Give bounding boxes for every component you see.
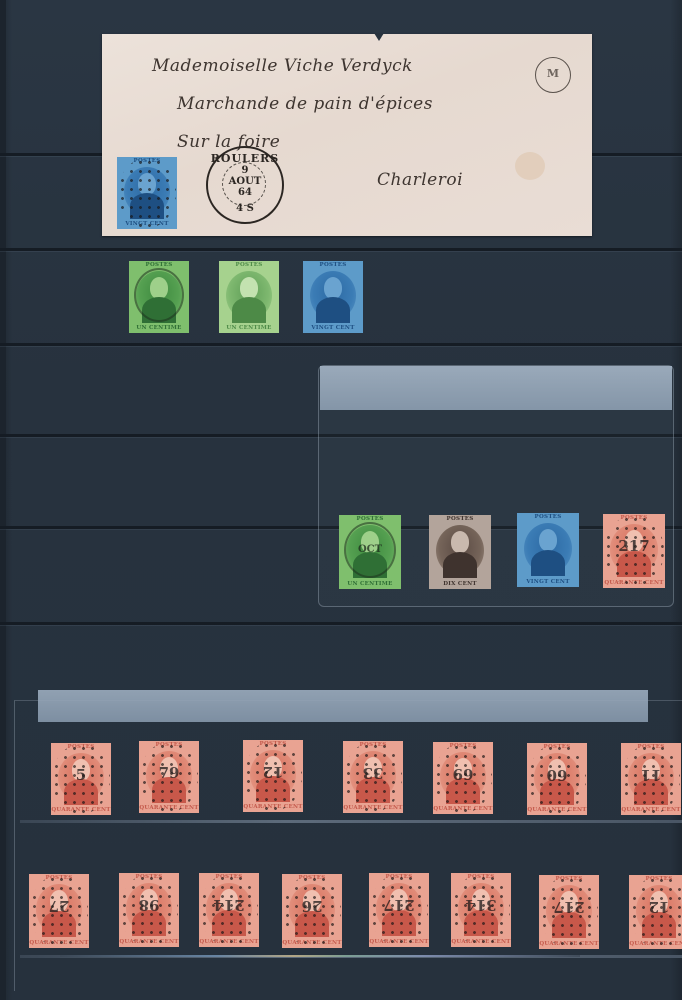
stamp-red: POSTESQUARANTE CENT26 — [279, 871, 345, 951]
cancel-number: 69 — [430, 765, 496, 783]
portrait-head — [240, 277, 258, 299]
cancel-number: 314 — [448, 896, 514, 914]
address-line-2: Marchande de pain d'épices — [177, 94, 433, 114]
portrait-head — [539, 529, 557, 551]
stamp-red: POSTESQUARANTE CENT5 — [48, 740, 114, 818]
stamp-red: POSTESQUARANTE CENT79 — [136, 738, 202, 816]
stamp-face: POSTESVINGT CENT — [517, 513, 579, 587]
cancel-number: 79 — [136, 764, 202, 782]
stamp-red: POSTESQUARANTE CENT98 — [116, 870, 182, 950]
stamp-value-label: VINGT CENT — [517, 579, 579, 585]
stockbook-page: Mademoiselle Viche Verdyck Marchande de … — [0, 0, 682, 1000]
arrival-mark-text: M — [536, 67, 570, 80]
portrait-head — [451, 531, 469, 553]
cover-stain — [515, 152, 545, 180]
stamp-blue: POSTESVINGT CENT — [300, 258, 366, 336]
stamp-top-label: POSTES — [517, 514, 579, 520]
cancel-number: 33 — [340, 764, 406, 782]
stamp-red: POSTESQUARANTE CENT12 — [626, 872, 682, 952]
page-binding-edge — [0, 0, 6, 1000]
cancel-month: OCT — [346, 544, 394, 555]
stamp-value-label: UN CENTIME — [129, 325, 189, 331]
circular-date-cancel — [134, 268, 184, 322]
cancel-number: 12 — [240, 763, 306, 781]
stamp-top-label: POSTES — [429, 516, 491, 522]
stamp-value-label: UN CENTIME — [339, 581, 401, 587]
sleeve-top-band — [320, 366, 672, 410]
portrait-bust — [531, 550, 565, 576]
stamp-brown: POSTESDIX CENT — [426, 512, 494, 592]
stamp-green: POSTESUN CENTIME — [126, 258, 192, 336]
stamp-value-label: VINGT CENT — [303, 325, 363, 331]
dotted-cancel — [118, 158, 176, 228]
arrival-postmark: M — [535, 57, 571, 93]
stamp-face: POSTESUN CENTIME — [219, 261, 279, 333]
stamp-blue: POSTESVINGT CENT — [514, 510, 582, 590]
stamp-red: POSTESQUARANTE CENT12 — [240, 737, 306, 815]
portrait-bust — [232, 297, 266, 323]
cancel-number: 12 — [626, 898, 682, 916]
circular-date-cancel: OCT — [344, 522, 396, 578]
cancel-number: 217 — [366, 896, 432, 914]
roulers-postmark: ROULERS 9 AOUT 64 4 S — [206, 146, 284, 224]
stamp-lightgreen: POSTESUN CENTIME — [216, 258, 282, 336]
stamp-green: POSTESUN CENTIMEOCT — [336, 512, 404, 592]
portrait-bust — [443, 552, 477, 578]
address-line-1: Mademoiselle Viche Verdyck — [152, 56, 413, 76]
stamp-red: POSTESQUARANTE CENT217 — [600, 511, 668, 591]
lower-sleeve-band — [38, 690, 648, 722]
stamp-red: POSTESQUARANTE CENT314 — [448, 870, 514, 950]
cancel-number: 5 — [48, 766, 114, 784]
stamp-red: POSTESQUARANTE CENT60 — [524, 740, 590, 818]
stamp-red: POSTESQUARANTE CENT33 — [340, 738, 406, 816]
stamp-value-label: DIX CENT — [429, 581, 491, 587]
portrait-bust — [316, 297, 350, 323]
stamp-red: POSTESQUARANTE CENT214 — [196, 870, 262, 950]
stamp-face: POSTESDIX CENT — [429, 515, 491, 589]
rail-reflection — [60, 955, 580, 957]
postmark-hour: 4 S — [208, 204, 282, 214]
cancel-number: 11 — [618, 766, 682, 784]
cancel-number: 217 — [536, 898, 602, 916]
stamp-top-label: POSTES — [303, 262, 363, 268]
strip-line — [0, 343, 682, 346]
postmark-day: 9 — [208, 166, 282, 176]
strip-line — [0, 622, 682, 625]
stamp-value-label: UN CENTIME — [219, 325, 279, 331]
portrait-head — [324, 277, 342, 299]
address-line-4: Charleroi — [377, 170, 463, 190]
stamp-red: POSTESQUARANTE CENT27 — [26, 871, 92, 951]
stamp-red: POSTESQUARANTE CENT217 — [536, 872, 602, 952]
cancel-number: 26 — [279, 897, 345, 915]
stamp-red: POSTESQUARANTE CENT11 — [618, 740, 682, 818]
stamp-red: POSTESQUARANTE CENT217 — [366, 870, 432, 950]
stamp-face: POSTESVINGT CENT — [303, 261, 363, 333]
cancel-number: 98 — [116, 896, 182, 914]
cancel-number: 214 — [196, 896, 262, 914]
stamp-red: POSTESQUARANTE CENT69 — [430, 739, 496, 817]
stamp-top-label: POSTES — [219, 262, 279, 268]
postmark-town: ROULERS — [208, 152, 282, 165]
strip-rail — [20, 820, 682, 823]
strip-line — [0, 248, 682, 251]
cancel-number: 217 — [600, 537, 668, 555]
cancel-number: 60 — [524, 766, 590, 784]
postmark-month: AOUT — [208, 177, 282, 187]
cover-tear — [374, 33, 384, 41]
stamp-blue: POSTESVINGT CENT — [114, 154, 180, 232]
postmark-year: 64 — [208, 188, 282, 198]
cancel-number: 27 — [26, 897, 92, 915]
